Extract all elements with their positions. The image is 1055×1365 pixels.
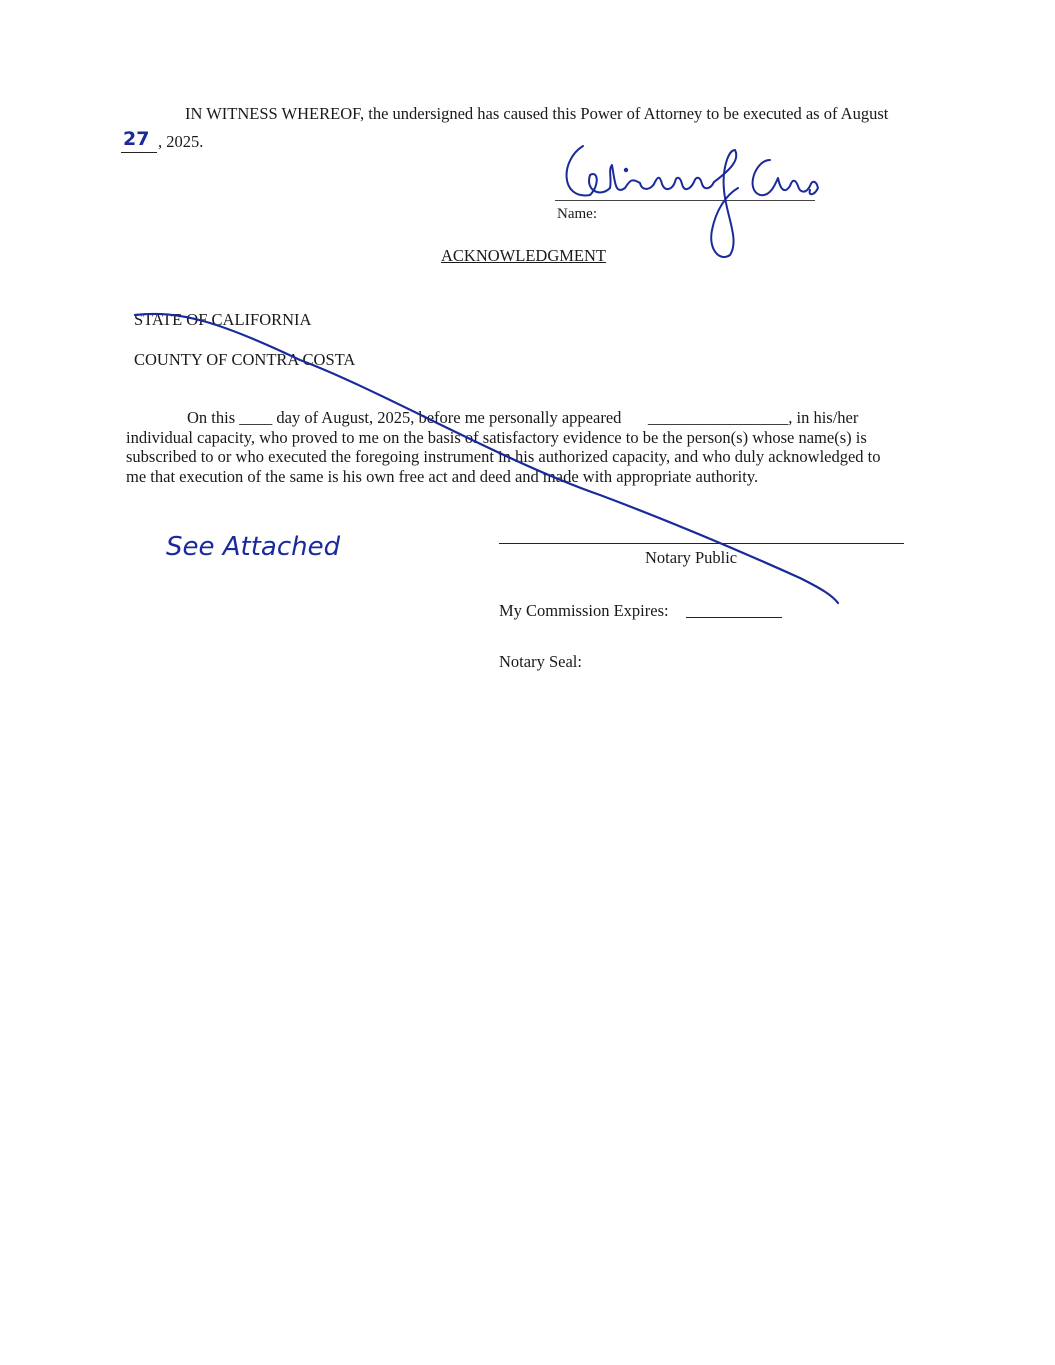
handwritten-ink-layer <box>0 0 1055 1365</box>
signature-scribble-icon <box>567 146 818 257</box>
strike-through-line <box>135 314 838 603</box>
